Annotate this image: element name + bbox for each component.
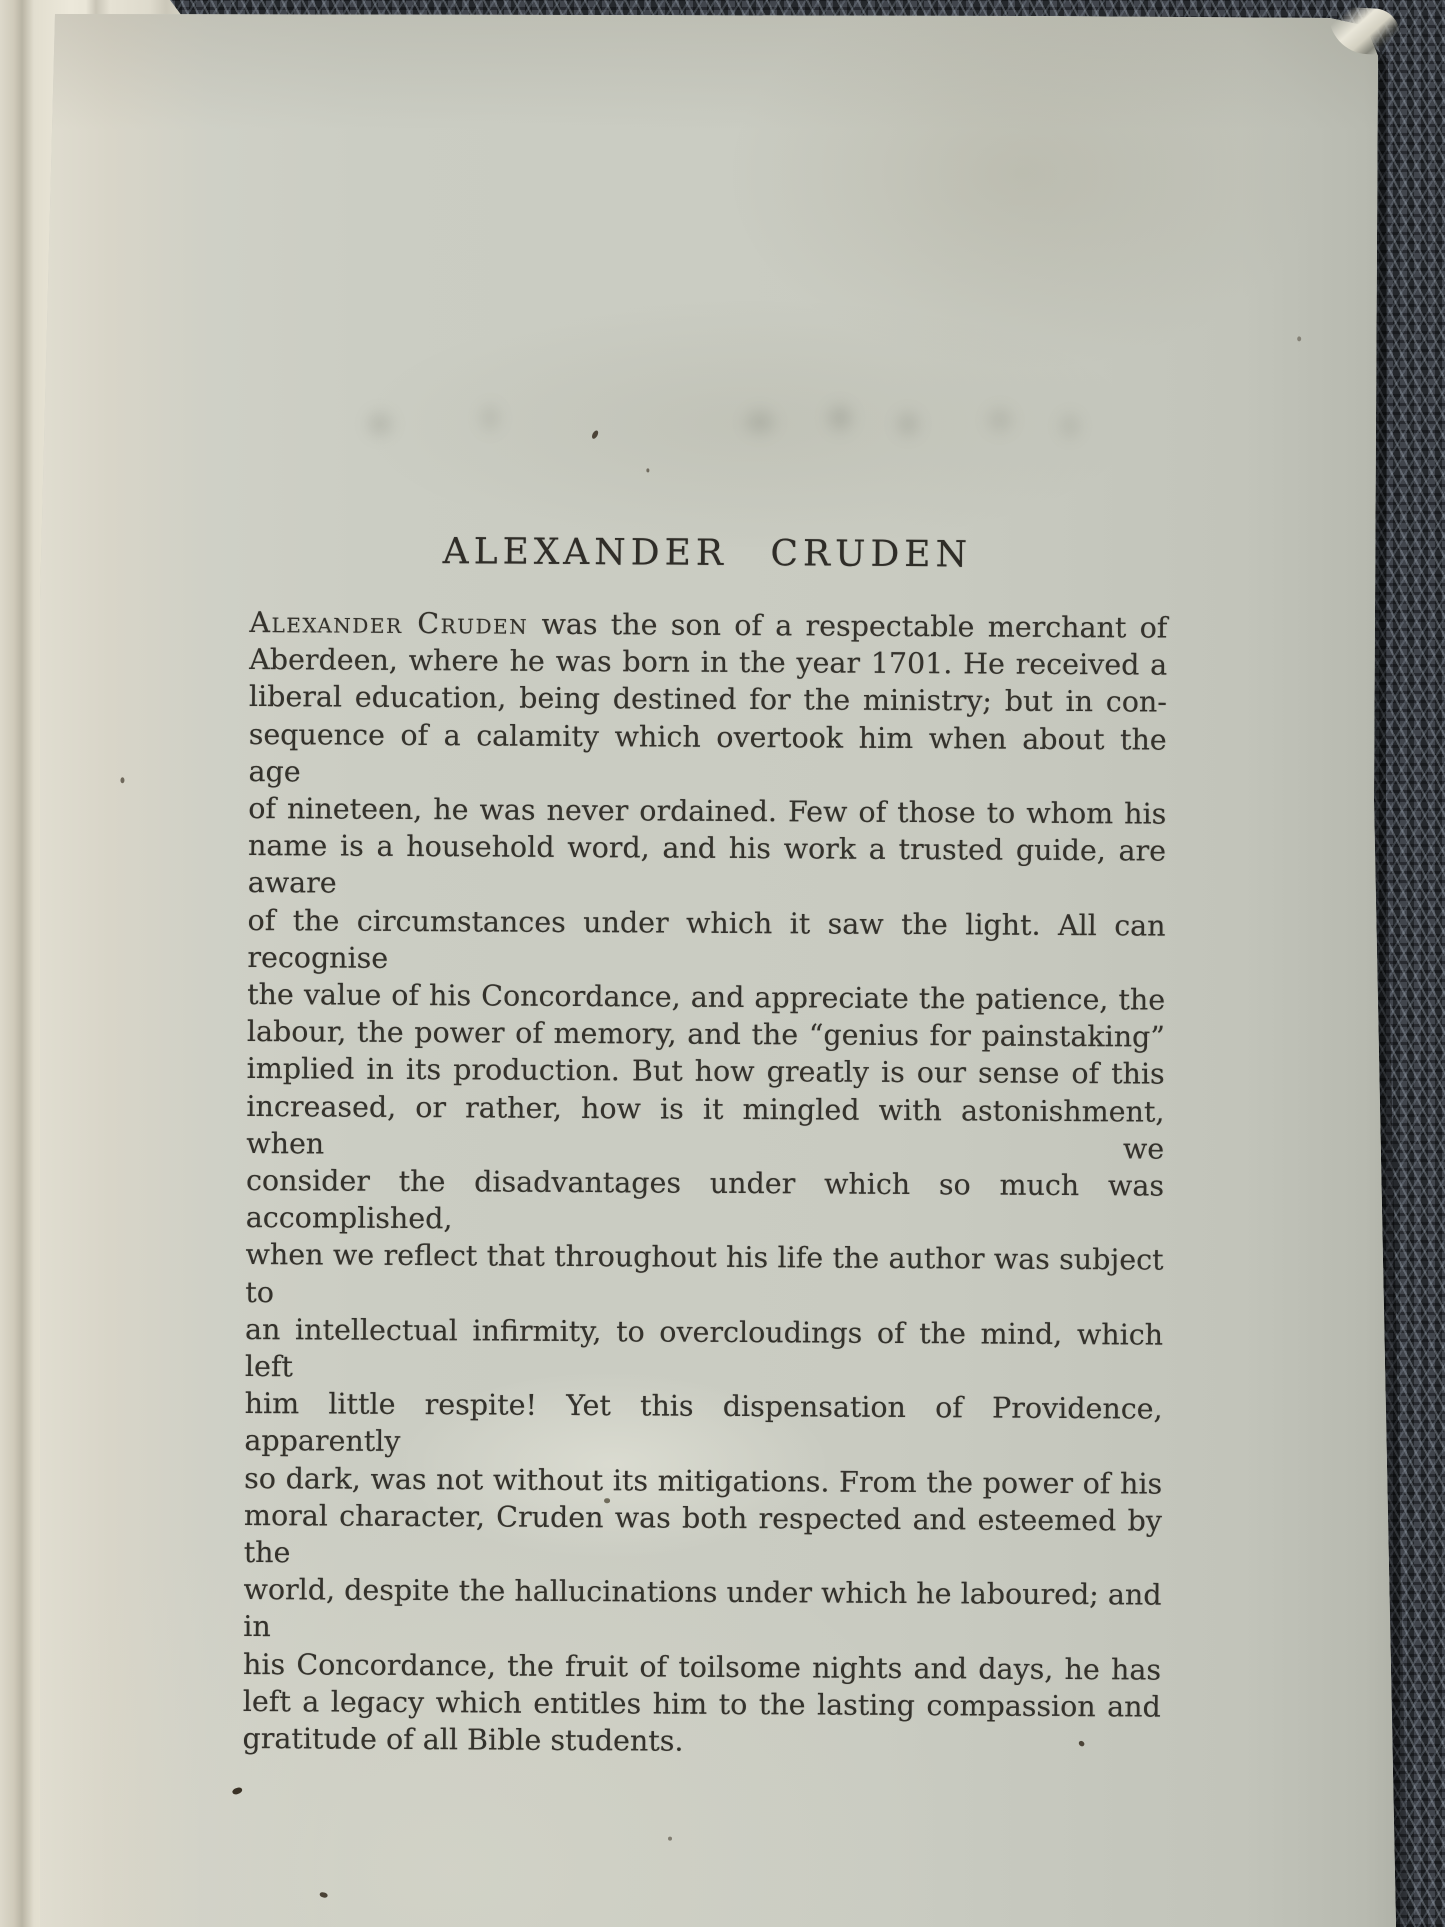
foxing-speck	[120, 777, 124, 783]
paragraph-line: name is a household word, and his work a…	[248, 827, 1166, 907]
foxing-speck	[232, 1786, 243, 1795]
paragraph-line: of the circumstances under which it saw …	[247, 902, 1165, 982]
paragraph-line: him little respite! Yet this dispensatio…	[244, 1385, 1162, 1465]
printed-content: ALEXANDER CRUDEN Alexander Cruden was th…	[31, 0, 1408, 1927]
paragraph-line: Aberdeen, where he was born in the year …	[249, 641, 1167, 684]
paragraph-line: implied in its production. But how great…	[247, 1050, 1165, 1093]
book-page: ALEXANDER CRUDEN Alexander Cruden was th…	[40, 0, 1405, 1927]
paragraph-line-first: Alexander Cruden was the son of a respec…	[249, 604, 1167, 647]
foxing-speck	[358, 1187, 361, 1190]
paragraph-line: an intellectual infirmity, to overcloudi…	[245, 1311, 1163, 1391]
paragraph-line: consider the disadvantages under which s…	[246, 1162, 1164, 1242]
paragraph-line: the value of his Concordance, and apprec…	[247, 976, 1165, 1019]
paragraph-lines: Aberdeen, where he was born in the year …	[243, 641, 1168, 1725]
paragraph-line: left a legacy which entitles him to the …	[243, 1683, 1161, 1726]
body-paragraph: Alexander Cruden was the son of a respec…	[243, 604, 1168, 1763]
foxing-speck	[668, 1837, 672, 1841]
paragraph-line: liberal education, being destined for th…	[249, 678, 1167, 721]
paragraph-line: moral character, Cruden was both respect…	[244, 1497, 1162, 1577]
paragraph-line: increased, or rather, how is it mingled …	[246, 1088, 1164, 1168]
paragraph-line: of nineteen, he was never ordained. Few …	[248, 790, 1166, 833]
lead-smallcaps: Alexander Cruden	[249, 606, 528, 641]
paragraph-line-last: gratitude of all Bible students.	[243, 1720, 1161, 1763]
page-title: ALEXANDER CRUDEN	[250, 530, 1165, 577]
foxing-speck	[604, 1498, 610, 1503]
paragraph-line: so dark, was not without its mitigations…	[244, 1460, 1162, 1503]
first-line-rest: was the son of a respectable merchant of	[528, 608, 1167, 645]
foxing-speck	[646, 468, 649, 472]
paragraph-line: his Concordance, the fruit of toilsome n…	[243, 1646, 1161, 1689]
photo-of-book-page: { "colors": { "paper": "#c9cbc1", "ink":…	[0, 0, 1445, 1927]
paragraph-line: labour, the power of memory, and the “ge…	[247, 1013, 1165, 1056]
paragraph-line: when we reflect that throughout his life…	[245, 1236, 1163, 1316]
paragraph-line: sequence of a calamity which overtook hi…	[248, 716, 1166, 796]
paragraph-line: world, despite the hallucinations under …	[243, 1571, 1161, 1651]
foxing-speck	[319, 1892, 328, 1899]
foxing-speck	[591, 429, 600, 439]
foxing-speck	[1297, 336, 1301, 341]
